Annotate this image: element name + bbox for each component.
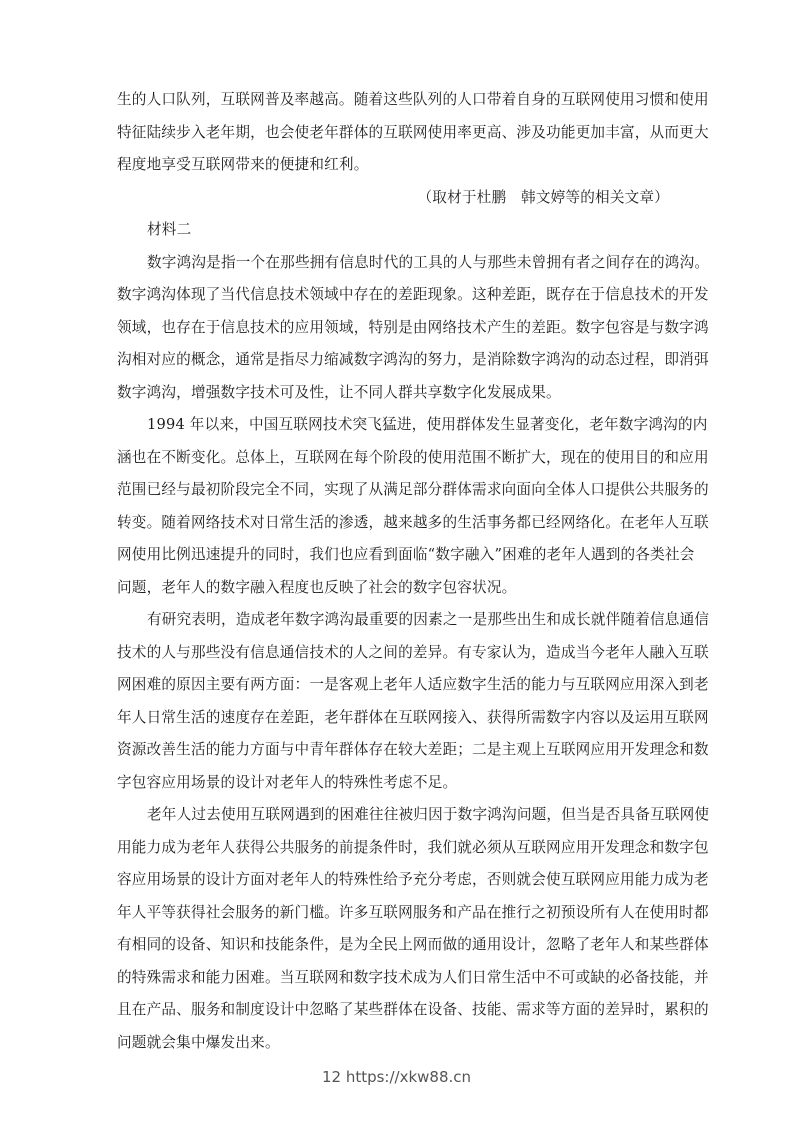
- text-line: 程度地享受互联网带来的便捷和红利。: [117, 149, 677, 182]
- text-line: 网困难的原因主要有两方面：一是客观上老年人适应数字生活的能力与互联网应用深入到老: [117, 669, 677, 702]
- paragraph: 老年人过去使用互联网遇到的困难往往被归因于数字鸿沟问题，但当是否具备互联网使 用…: [117, 799, 677, 1059]
- text-line: 转变。随着网络技术对日常生活的渗透，越来越多的生活事务都已经网络化。在老年人互联: [117, 507, 677, 540]
- citation: （取材于杜鹏 韩文婷等的相关文章）: [117, 182, 677, 215]
- paragraph: 有研究表明，造成老年数字鸿沟最重要的因素之一是那些出生和成长就伴随着信息通信 技…: [117, 604, 677, 799]
- text-line: 沟相对应的概念，通常是指尽力缩减数字鸿沟的努力，是消除数字鸿沟的动态过程，即消弭: [117, 344, 677, 377]
- text-line: 用能力成为老年人获得公共服务的前提条件时，我们就必须从互联网应用开发理念和数字包: [117, 832, 677, 865]
- text-line: 范围已经与最初阶段完全不同，实现了从满足部分群体需求向面向全体人口提供公共服务的: [117, 474, 677, 507]
- paragraph: 1994 年以来，中国互联网技术突飞猛进，使用群体发生显著变化，老年数字鸿沟的内…: [117, 409, 677, 604]
- text-line: 问题就会集中爆发出来。: [117, 1027, 677, 1060]
- text-line: 年人日常生活的速度存在差距，老年群体在互联网接入、获得所需数字内容以及运用互联网: [117, 702, 677, 735]
- text-line: 字包容应用场景的设计对老年人的特殊性考虑不足。: [117, 767, 677, 800]
- page-footer: 12 https://xkw88.cn: [0, 1068, 793, 1086]
- text-line: 容应用场景的设计方面对老年人的特殊性给予充分考虑，否则就会使互联网应用能力成为老: [117, 864, 677, 897]
- section-title: 材料二: [117, 214, 677, 247]
- text-line: 数字鸿沟是指一个在那些拥有信息时代的工具的人与那些未曾拥有者之间存在的鸿沟。: [117, 247, 677, 280]
- text-line: 网使用比例迅速提升的同时，我们也应看到面临“数字融入”困难的老年人遇到的各类社会: [117, 539, 677, 572]
- paragraph-continued: 生的人口队列，互联网普及率越高。随着这些队列的人口带着自身的互联网使用习惯和使用…: [117, 84, 677, 182]
- text-line: 涵也在不断变化。总体上，互联网在每个阶段的使用范围不断扩大，现在的使用目的和应用: [117, 442, 677, 475]
- text-line: 的特殊需求和能力困难。当互联网和数字技术成为人们日常生活中不可或缺的必备技能，并: [117, 962, 677, 995]
- text-line: 有研究表明，造成老年数字鸿沟最重要的因素之一是那些出生和成长就伴随着信息通信: [117, 604, 677, 637]
- text-line: 老年人过去使用互联网遇到的困难往往被归因于数字鸿沟问题，但当是否具备互联网使: [117, 799, 677, 832]
- text-line: 技术的人与那些没有信息通信技术的人之间的差异。有专家认为，造成当今老年人融入互联: [117, 637, 677, 670]
- text-line: 有相同的设备、知识和技能条件，是为全民上网而做的通用设计，忽略了老年人和某些群体: [117, 929, 677, 962]
- text-line: 特征陆续步入老年期，也会使老年群体的互联网使用率更高、涉及功能更加丰富，从而更大: [117, 117, 677, 150]
- text-line: 资源改善生活的能力方面与中青年群体存在较大差距；二是主观上互联网应用开发理念和数: [117, 734, 677, 767]
- text-line: 领域，也存在于信息技术的应用领域，特别是由网络技术产生的差距。数字包容是与数字鸿: [117, 312, 677, 345]
- text-line: 生的人口队列，互联网普及率越高。随着这些队列的人口带着自身的互联网使用习惯和使用: [117, 84, 677, 117]
- text-line: 且在产品、服务和制度设计中忽略了某些群体在设备、技能、需求等方面的差异时，累积的: [117, 994, 677, 1027]
- text-line: 年人平等获得社会服务的新门槛。许多互联网服务和产品在推行之初预设所有人在使用时都: [117, 897, 677, 930]
- text-line: 问题，老年人的数字融入程度也反映了社会的数字包容状况。: [117, 572, 677, 605]
- text-line: 数字鸿沟，增强数字技术可及性，让不同人群共享数字化发展成果。: [117, 377, 677, 410]
- document-page: 生的人口队列，互联网普及率越高。随着这些队列的人口带着自身的互联网使用习惯和使用…: [117, 84, 677, 1059]
- text-line: 1994 年以来，中国互联网技术突飞猛进，使用群体发生显著变化，老年数字鸿沟的内: [117, 409, 677, 442]
- paragraph: 数字鸿沟是指一个在那些拥有信息时代的工具的人与那些未曾拥有者之间存在的鸿沟。 数…: [117, 247, 677, 410]
- text-line: 数字鸿沟体现了当代信息技术领域中存在的差距现象。这种差距，既存在于信息技术的开发: [117, 279, 677, 312]
